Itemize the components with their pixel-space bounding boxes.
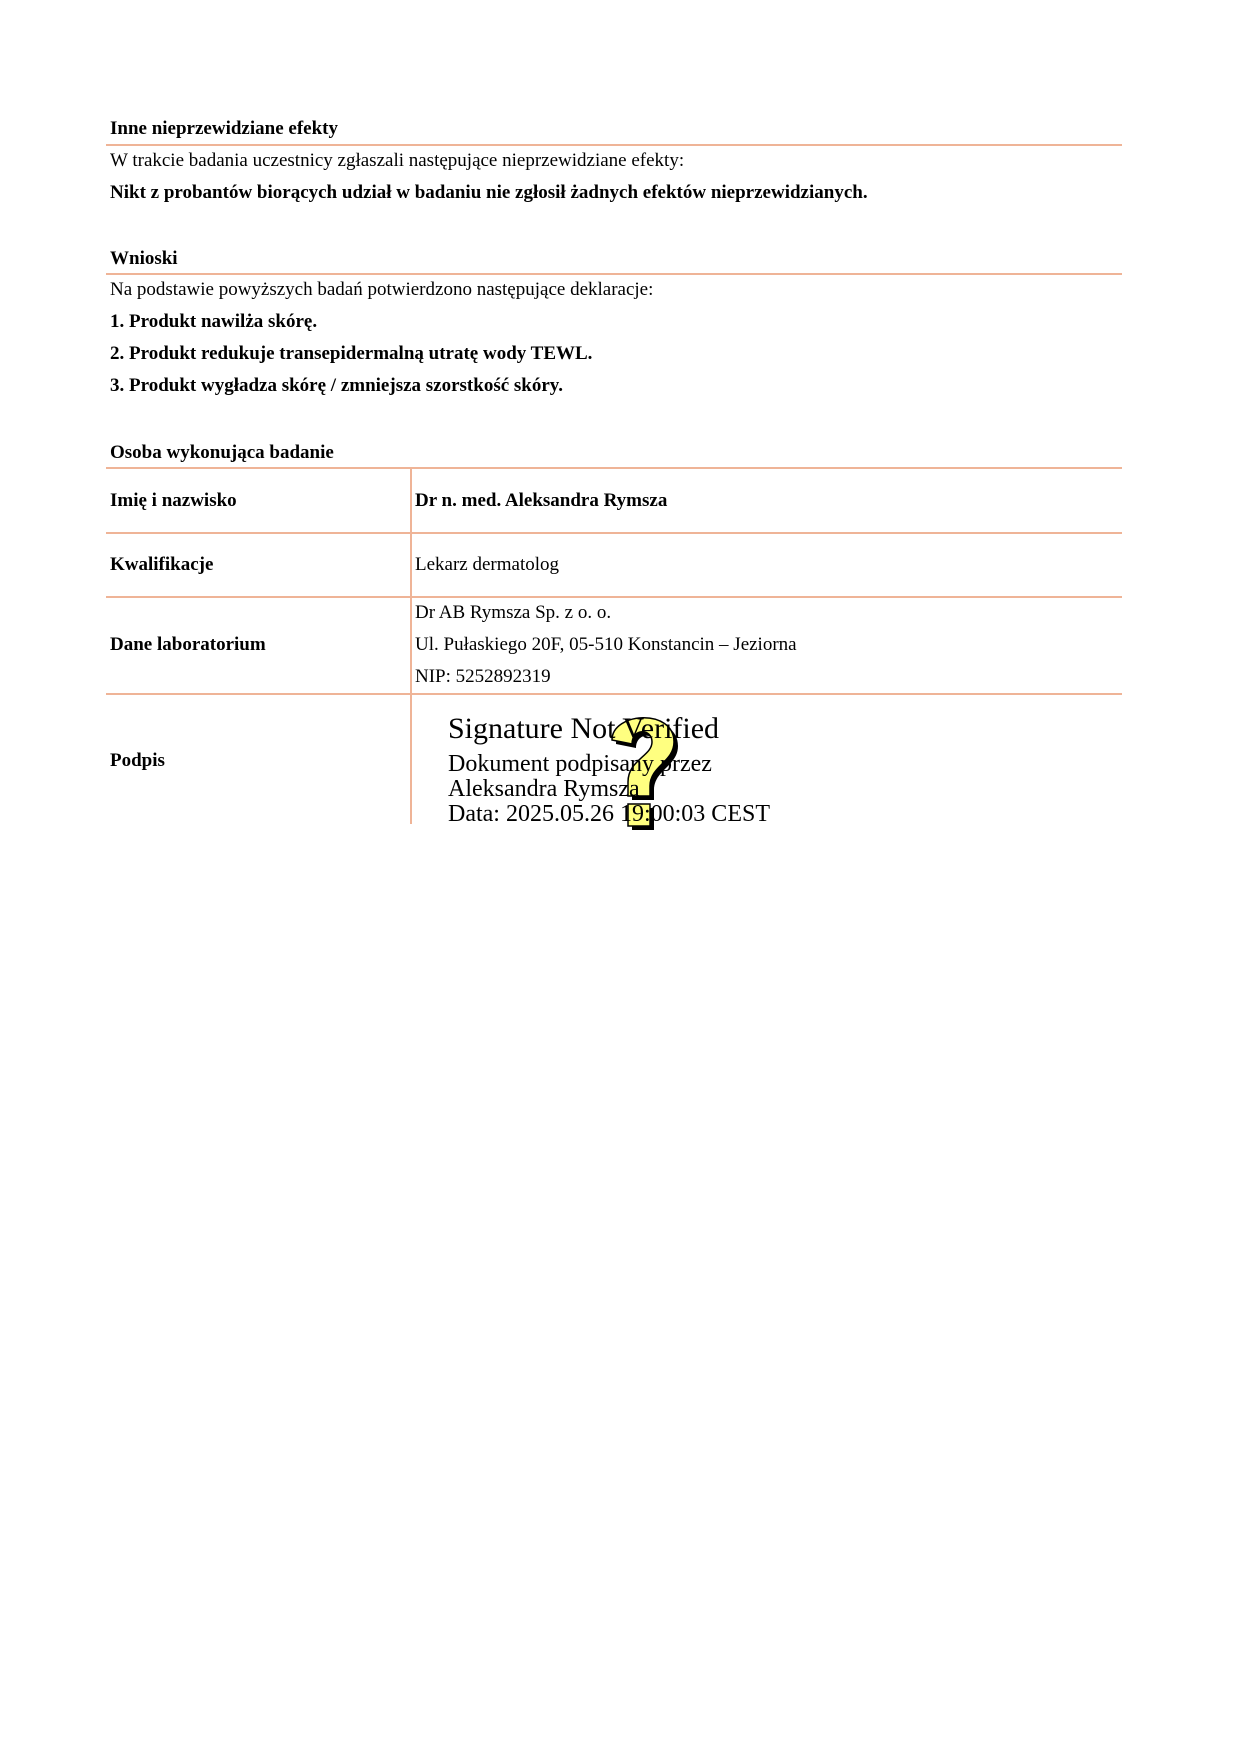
row-value-lab-nip: NIP: 5252892319: [415, 666, 551, 688]
row-value-qualifications: Lekarz dermatolog: [415, 554, 559, 576]
signature-signed-by-label: Dokument podpisany przez: [448, 752, 848, 777]
row-label-lab: Dane laboratorium: [110, 634, 266, 656]
conclusions-intro: Na podstawie powyższych badań potwierdzo…: [110, 279, 653, 301]
row-label-name: Imię i nazwisko: [110, 490, 237, 512]
table-top-border: [106, 467, 1122, 469]
unexpected-effects-intro: W trakcie badania uczestnicy zgłaszali n…: [110, 150, 684, 172]
row-value-lab-address: Ul. Pułaskiego 20F, 05-510 Konstancin – …: [415, 634, 797, 656]
section-title-researcher: Osoba wykonująca badanie: [110, 442, 334, 464]
row-label-qualifications: Kwalifikacje: [110, 554, 213, 576]
unexpected-effects-statement: Nikt z probantów biorących udział w bada…: [110, 182, 868, 204]
signature-status: Signature Not Verified: [448, 712, 848, 746]
row-label-signature: Podpis: [110, 750, 165, 772]
section-divider: [106, 144, 1122, 146]
signature-date: Data: 2025.05.26 19:00:03 CEST: [448, 802, 848, 827]
row-value-name: Dr n. med. Aleksandra Rymsza: [415, 490, 667, 512]
conclusion-item: 2. Produkt redukuje transepidermalną utr…: [110, 343, 592, 365]
table-row-border: [106, 693, 1122, 695]
row-value-lab-name: Dr AB Rymsza Sp. z o. o.: [415, 602, 611, 624]
digital-signature-block[interactable]: Signature Not Verified Dokument podpisan…: [448, 712, 848, 827]
conclusion-item: 1. Produkt nawilża skórę.: [110, 311, 317, 333]
section-divider: [106, 273, 1122, 275]
section-title-conclusions: Wnioski: [110, 248, 178, 270]
table-row-border: [106, 596, 1122, 598]
section-title-unexpected-effects: Inne nieprzewidziane efekty: [110, 118, 338, 140]
table-column-divider: [410, 469, 412, 824]
signature-signer: Aleksandra Rymsza: [448, 777, 848, 802]
document-page: Inne nieprzewidziane efekty W trakcie ba…: [0, 0, 1240, 1754]
table-row-border: [106, 532, 1122, 534]
conclusion-item: 3. Produkt wygładza skórę / zmniejsza sz…: [110, 375, 563, 397]
